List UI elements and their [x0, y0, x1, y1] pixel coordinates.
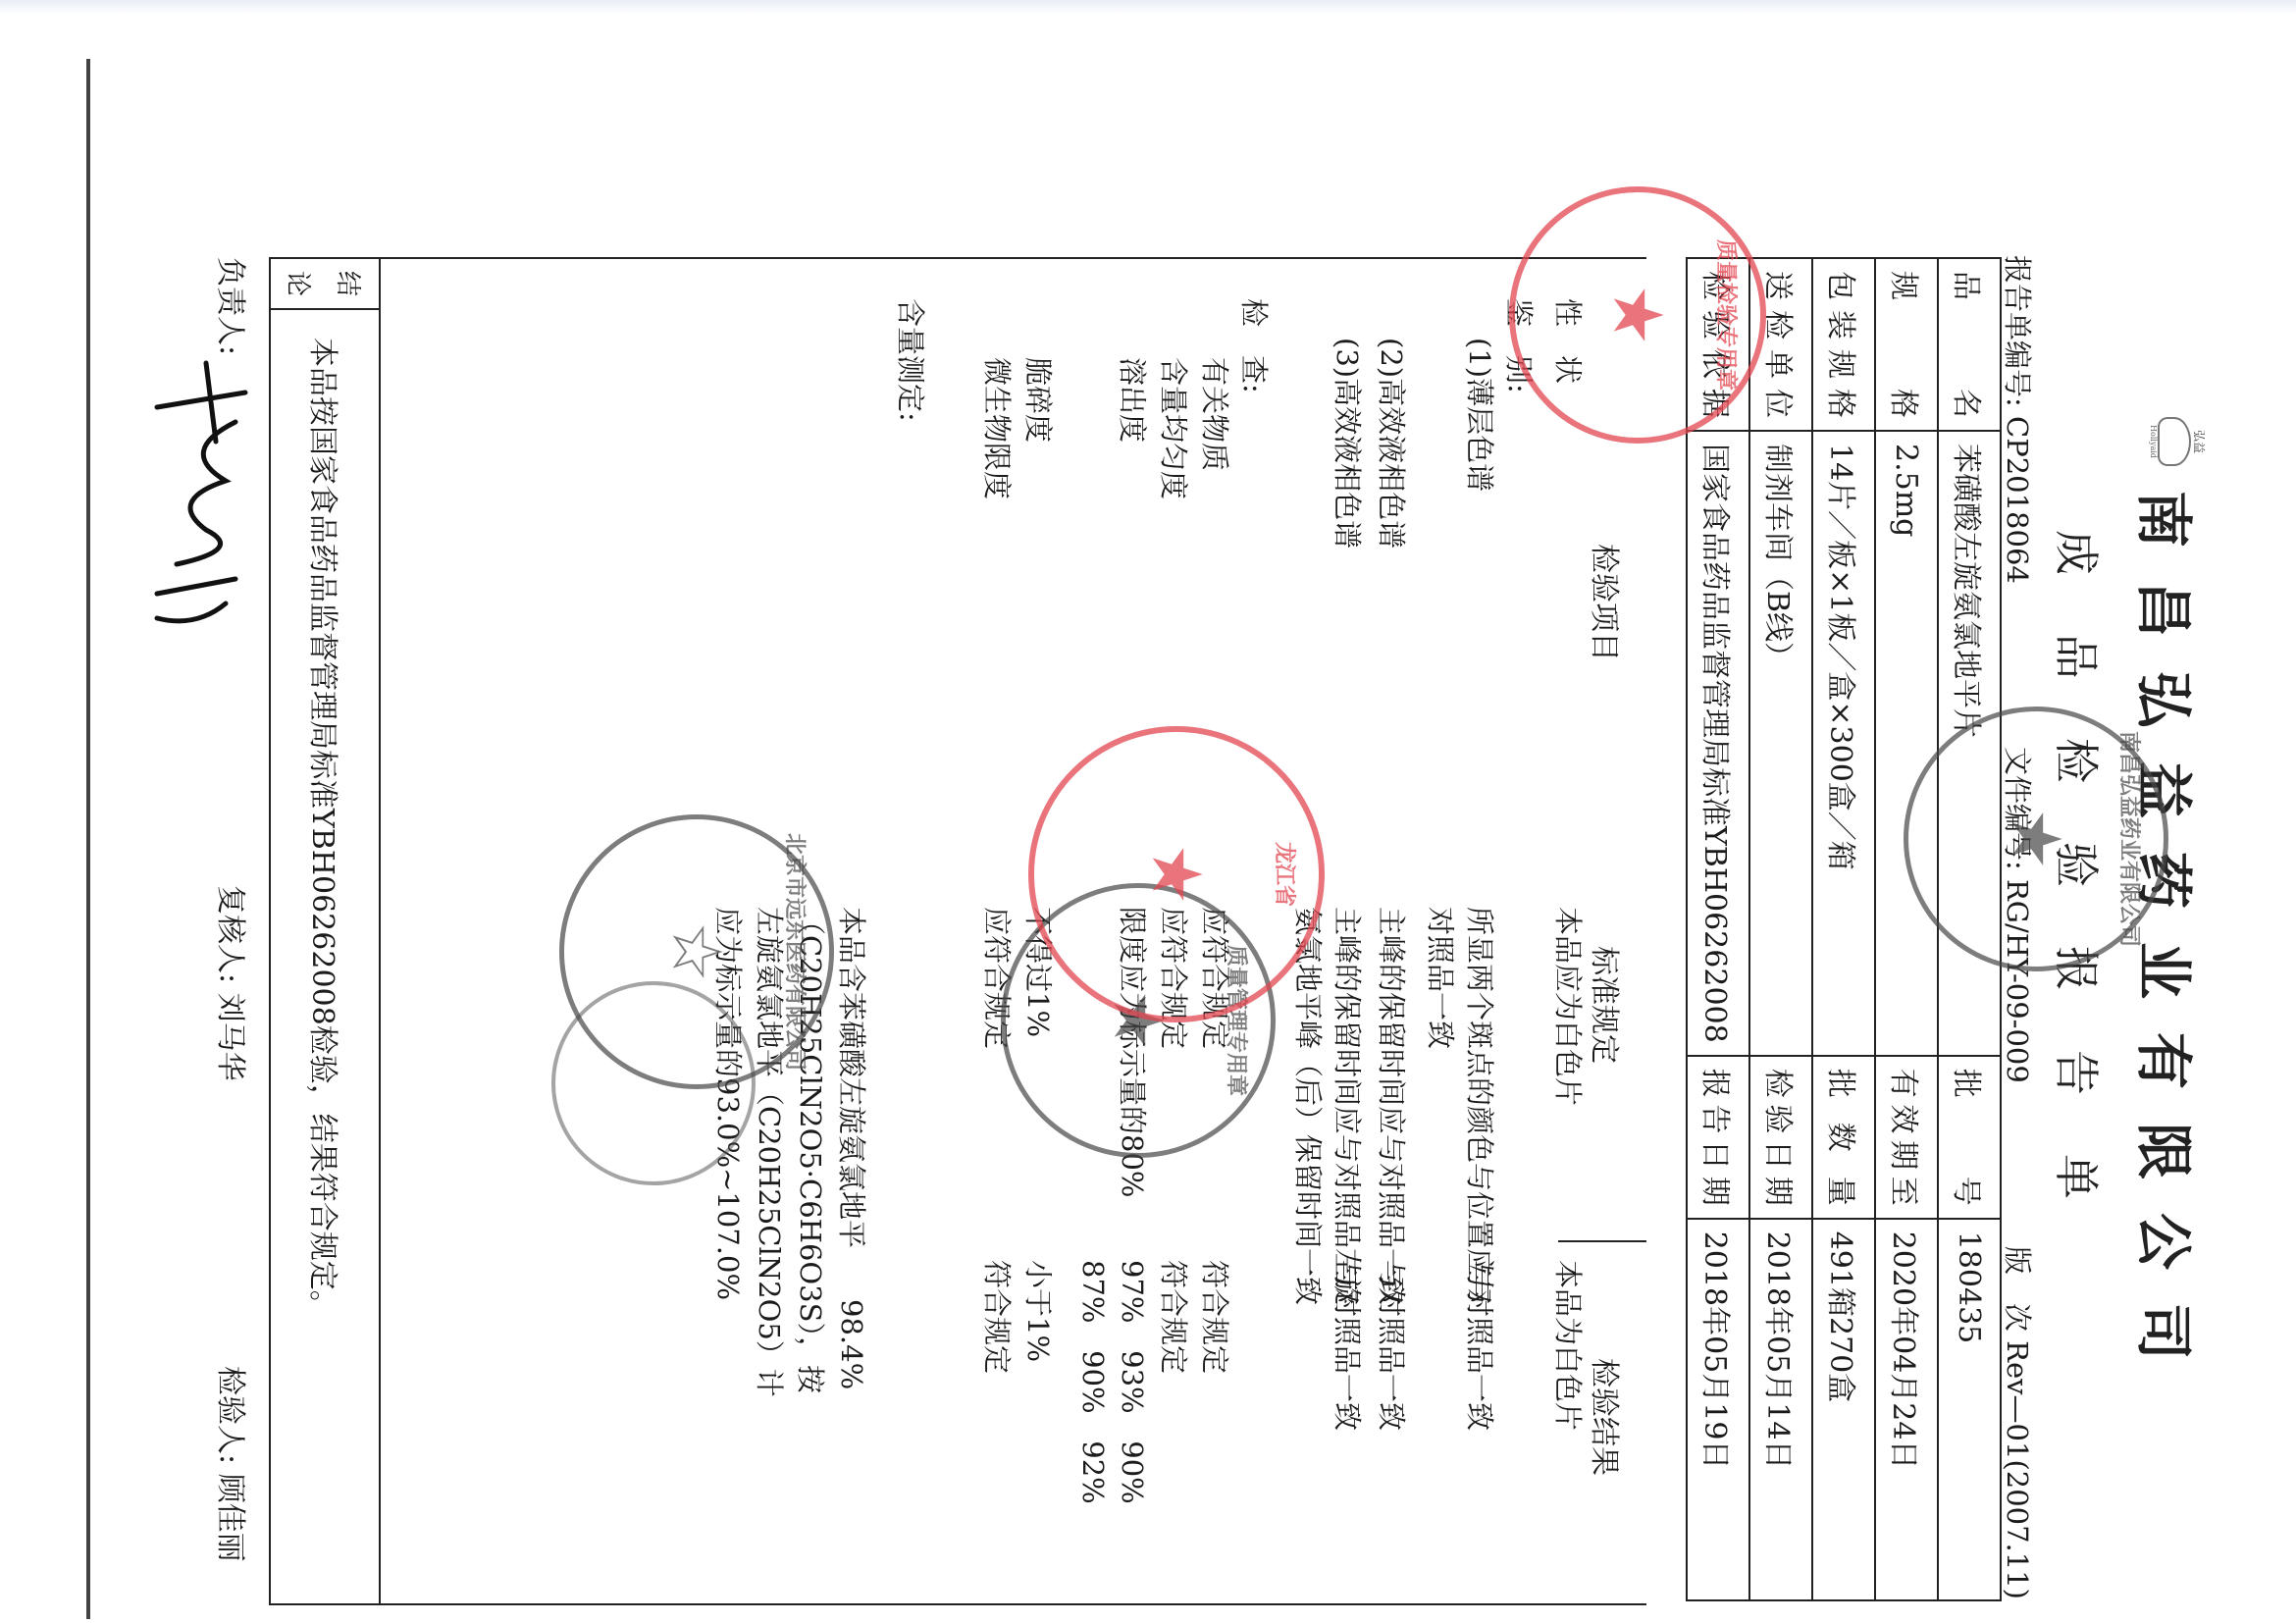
inspector: 检验人: 顾佳丽 — [212, 1366, 255, 1562]
logo-icon — [2158, 417, 2191, 466]
test-date-label: 检验日期 — [1749, 1056, 1812, 1219]
conclusion-label-bottom: 论 — [282, 271, 318, 296]
check-result: 符合规定 — [977, 1260, 1017, 1374]
batch-number-label: 批 号 — [1938, 1056, 2001, 1219]
character-result: 本品为白色片 — [1548, 1260, 1588, 1431]
conclusion-label: 结 论 — [271, 259, 379, 310]
table-row: 包装规格 14片／板×1板／盒×300盒／箱 批数量 491箱270盒 — [1812, 258, 1875, 1600]
identification-standard-cont: 对照品一致 — [1421, 907, 1460, 1049]
version-label: 版 次 — [1999, 1246, 2039, 1332]
version: 版 次 Rev—01(2007.11) — [1999, 1246, 2039, 1599]
check-result: 小于1% — [1018, 1260, 1058, 1362]
checks-label: 检 查: — [1234, 298, 1274, 393]
identification-result: 与对照品一致 — [1328, 1260, 1367, 1431]
check-item: 微生物限度 — [977, 357, 1017, 499]
quantity-label: 批数量 — [1812, 1056, 1875, 1219]
product-name-value: 苯磺酸左旋氨氯地平片 — [1938, 431, 2001, 1056]
report-number-value: CP2018064 — [2001, 416, 2034, 584]
expiry-value: 2020年04月24日 — [1875, 1219, 1938, 1600]
report-meta: 报告单编号: CP2018064 文件编号: RG/HY-09-009 版 次 … — [1999, 255, 2039, 1599]
file-number: 文件编号: RG/HY-09-009 — [1999, 747, 2039, 1083]
table-row: 规 格 2.5mg 有效期至 2020年04月24日 — [1875, 258, 1938, 1600]
check-standard: 不得过1% — [1018, 907, 1058, 1037]
dissolution-value: 87% — [1076, 1260, 1110, 1323]
identification-result: 与对照品一致 — [1460, 1260, 1499, 1431]
assay-label: 含量测定: — [891, 298, 930, 422]
identification-standard: 所显两个斑点的颜色与位置应与 — [1460, 907, 1499, 1305]
quantity-value: 491箱270盒 — [1812, 1219, 1875, 1600]
spec-value: 2.5mg — [1875, 431, 1938, 1056]
version-value: Rev—01(2007.11) — [2001, 1340, 2034, 1599]
packaging-label: 包装规格 — [1812, 258, 1875, 431]
dissolution-value: 90% — [1116, 1440, 1149, 1503]
identification-item: (2)高效液相色谱 — [1372, 338, 1411, 549]
inspector-name: 顾佳丽 — [213, 1474, 247, 1562]
identification-standard: 主峰的保留时间应与对照品左旋 — [1328, 907, 1367, 1305]
check-standard: 应符合规定 — [1154, 907, 1193, 1049]
check-standard: 限度应为标示量的80% — [1113, 907, 1152, 1197]
handwritten-signature — [137, 353, 265, 648]
spec-label: 规 格 — [1875, 258, 1938, 431]
identification-standard-cont: 氨氯地平峰（后）保留时间一致 — [1288, 907, 1328, 1305]
logo-subtext: Hollyaid — [2149, 412, 2158, 471]
expiry-label: 有效期至 — [1875, 1056, 1938, 1219]
company-name: 南昌弘益药业有限公司 — [2127, 491, 2210, 1393]
assay-standard-cont: 应为标示量的93.0%~107.0% — [708, 907, 748, 1300]
assay-result: 98.4% — [832, 1299, 871, 1389]
conclusion-label-top: 结 — [332, 271, 368, 296]
responsible-person-label: 负责人: — [212, 257, 255, 355]
table-row: 检验依据 国家食品药品监督管理局标准YBH06262008 报告日期 2018年… — [1687, 258, 1749, 1600]
character-standard: 本品应为白色片 — [1548, 907, 1588, 1106]
basis-label: 检验依据 — [1687, 258, 1749, 431]
dissolution-results-row1: 97% 93% 90% — [1113, 1260, 1152, 1504]
batch-number-value: 180435 — [1938, 1219, 2001, 1600]
report-title: 成品检验报告单 — [2047, 530, 2112, 1258]
report-number: 报告单编号: CP2018064 — [1999, 255, 2039, 584]
file-number-value: RG/HY-09-009 — [2001, 879, 2034, 1083]
header-item: 检验项目 — [1586, 544, 1629, 661]
test-results-section: 检验项目 标准规定 检验结果 性 状 本品应为白色片 本品为白色片 鉴 别: (… — [381, 257, 1646, 1605]
table-row: 品 名 苯磺酸左旋氨氯地平片 批 号 180435 — [1938, 258, 2001, 1600]
check-result: 符合规定 — [1154, 1260, 1193, 1374]
identification-item: (1)薄层色谱 — [1460, 338, 1499, 492]
column-divider — [1558, 1240, 1646, 1242]
check-standard: 应符合规定 — [977, 907, 1017, 1049]
logo-text: 弘益 — [2191, 412, 2208, 471]
submitter-value: 制剂车间（B线） — [1749, 431, 1812, 1056]
header-result: 检验结果 — [1586, 1358, 1629, 1476]
check-item: 含量均匀度 — [1154, 357, 1193, 499]
check-item: 有关物质 — [1195, 357, 1234, 471]
inspection-report-page: 弘益 Hollyaid 南昌弘益药业有限公司 成品检验报告单 报告单编号: CP… — [0, 0, 2296, 1623]
packaging-value: 14片／板×1板／盒×300盒／箱 — [1812, 431, 1875, 1056]
identification-label: 鉴 别: — [1499, 298, 1539, 393]
table-row: 送检单位 制剂车间（B线） 检验日期 2018年05月14日 — [1749, 258, 1812, 1600]
product-info-table: 品 名 苯磺酸左旋氨氯地平片 批 号 180435 规 格 2.5mg 有效期至… — [1686, 257, 2002, 1601]
identification-item: (3)高效液相色谱 — [1328, 338, 1367, 549]
check-item: 溶出度 — [1113, 357, 1152, 443]
check-item: 脆碎度 — [1018, 357, 1058, 443]
header-standard: 标准规定 — [1586, 946, 1629, 1064]
conclusion-text: 本品按国家食品药品监督管理局标准YBH06262008检验，结果符合规定。 — [304, 338, 347, 1320]
dissolution-value: 93% — [1116, 1350, 1149, 1413]
reviewer-name: 刘马华 — [213, 993, 247, 1081]
assay-standard: 本品含苯磺酸左旋氨氯地平 — [832, 907, 871, 1248]
test-date-value: 2018年05月14日 — [1749, 1219, 1812, 1600]
report-date-value: 2018年05月19日 — [1687, 1219, 1749, 1600]
product-name-label: 品 名 — [1938, 258, 2001, 431]
check-standard: 应符合规定 — [1195, 907, 1234, 1049]
identification-standard: 主峰的保留时间应与对照品一致 — [1372, 907, 1411, 1305]
submitter-label: 送检单位 — [1749, 258, 1812, 431]
dissolution-value: 90% — [1076, 1350, 1110, 1413]
inspector-label: 检验人: — [213, 1366, 247, 1464]
character-item: 性 状 — [1548, 298, 1588, 384]
basis-value: 国家食品药品监督管理局标准YBH06262008 — [1687, 431, 1749, 1056]
reviewer-label: 复核人: — [213, 885, 247, 983]
check-result: 符合规定 — [1195, 1260, 1234, 1374]
report-date-label: 报告日期 — [1687, 1056, 1749, 1219]
assay-standard-cont: 左旋氨氯地平（C20H25ClN2O5）计 — [750, 907, 789, 1397]
company-logo: 弘益 Hollyaid — [2149, 412, 2208, 471]
identification-result: 与对照品一致 — [1372, 1260, 1411, 1431]
assay-standard-cont: （C20H25ClN2O5·C6H6O3S），按 — [791, 907, 830, 1393]
report-number-label: 报告单编号: — [1999, 255, 2039, 407]
reviewer: 复核人: 刘马华 — [212, 885, 255, 1081]
conclusion-box: 结 论 本品按国家食品药品监督管理局标准YBH06262008检验，结果符合规定… — [269, 257, 381, 1605]
dissolution-results-row2: 87% 90% 92% — [1073, 1260, 1113, 1504]
dissolution-value: 97% — [1116, 1260, 1149, 1323]
file-number-label: 文件编号: — [1999, 747, 2039, 870]
dissolution-value: 92% — [1076, 1440, 1110, 1503]
